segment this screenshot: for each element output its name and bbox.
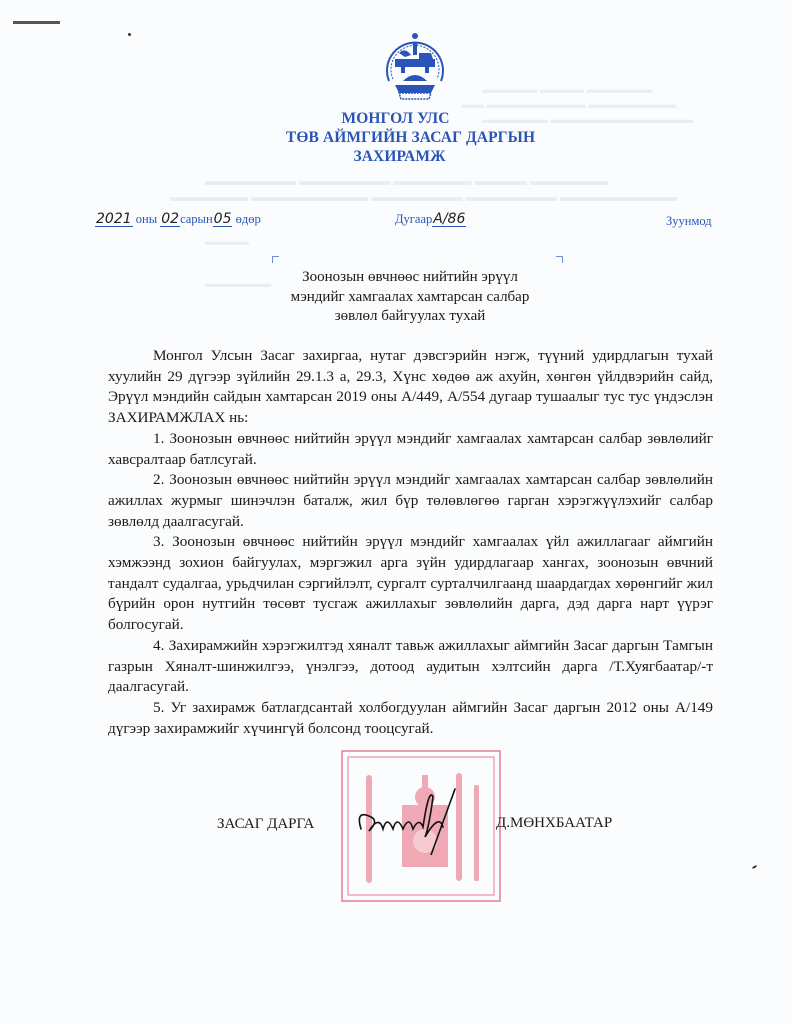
header-doc-type: ЗАХИРАМЖ — [8, 147, 791, 166]
subject-line: мэндийг хамгаалах хамтарсан салбар — [250, 288, 570, 308]
subject-bracket-left — [272, 256, 279, 263]
order-item: 1. Зоонозын өвчнөөс нийтийн эрүүл мэндий… — [108, 429, 713, 470]
date-day: 05 — [213, 212, 233, 227]
bleed-through-text: ▬▬▬▬▬ ▬▬▬▬ ▬▬▬▬▬▬ — [482, 84, 653, 96]
bleed-through-text: ▬▬▬▬▬▬▬ ▬▬▬▬▬▬▬ ▬▬▬▬▬▬ ▬▬▬▬ ▬▬▬▬▬▬ — [205, 173, 608, 189]
date-month: 02 — [160, 212, 180, 227]
subject-bracket-right — [556, 256, 563, 263]
document-meta-row: 2021 оны 02сарын05 өдөр ДугаарА/86 Зуунм… — [0, 212, 791, 232]
subject-line: зөвлөл байгуулах тухай — [250, 307, 570, 327]
number-label: Дугаар — [395, 212, 432, 226]
document-date: 2021 оны 02сарын05 өдөр — [95, 212, 261, 227]
number-value: А/86 — [432, 212, 466, 227]
date-year: 2021 — [95, 212, 133, 227]
state-emblem-icon — [381, 31, 449, 105]
subject-line: Зоонозын өвчнөөс нийтийн эрүүл — [250, 268, 570, 288]
header-country: МОНГОЛ УЛС — [0, 109, 791, 128]
scan-artifact-line — [13, 21, 60, 24]
document-header: МОНГОЛ УЛС ТӨВ АЙМГИЙН ЗАСАГ ДАРГЫН ЗАХИ… — [0, 109, 791, 166]
document-place: Зуунмод — [666, 214, 712, 229]
order-item: 4. Захирамжийн хэрэгжилтэд хяналт тавьж … — [108, 636, 713, 698]
date-day-label: өдөр — [236, 212, 261, 226]
bleed-through-text: ▬▬▬▬▬▬ ▬▬▬▬▬▬▬▬▬ ▬▬▬▬▬▬▬ ▬▬▬▬▬▬▬ ▬▬▬▬▬▬▬… — [170, 189, 677, 205]
scan-speck — [752, 865, 757, 869]
preamble-paragraph: Монгол Улсын Засаг захиргаа, нутаг дэвсг… — [108, 346, 713, 429]
handwritten-signature — [355, 785, 475, 855]
document-number: ДугаарА/86 — [395, 212, 466, 227]
signatory-title: ЗАСАГ ДАРГА — [217, 816, 314, 833]
order-item: 3. Зоонозын өвчнөөс нийтийн эрүүл мэндий… — [108, 532, 713, 636]
date-month-label: сарын — [180, 212, 213, 226]
header-authority: ТӨВ АЙМГИЙН ЗАСАГ ДАРГЫН — [30, 128, 791, 147]
bleed-through-text: ▬▬▬▬ — [205, 236, 249, 248]
signatory-name: Д.МӨНХБААТАР — [496, 815, 612, 832]
order-item: 5. Уг захирамж батлагдсантай холбогдуула… — [108, 698, 713, 739]
order-item: 2. Зоонозын өвчнөөс нийтийн эрүүл мэндий… — [108, 470, 713, 532]
date-year-label: оны — [136, 212, 157, 226]
document-body: Монгол Улсын Засаг захиргаа, нутаг дэвсг… — [108, 346, 713, 739]
document-subject: Зоонозын өвчнөөс нийтийн эрүүл мэндийг х… — [250, 268, 570, 327]
document-page: ▬▬▬▬▬ ▬▬▬▬ ▬▬▬▬▬▬ ▬▬ ▬▬▬▬▬▬▬▬▬ ▬▬▬▬▬▬▬▬ … — [0, 0, 791, 1024]
scan-speck — [128, 33, 131, 36]
